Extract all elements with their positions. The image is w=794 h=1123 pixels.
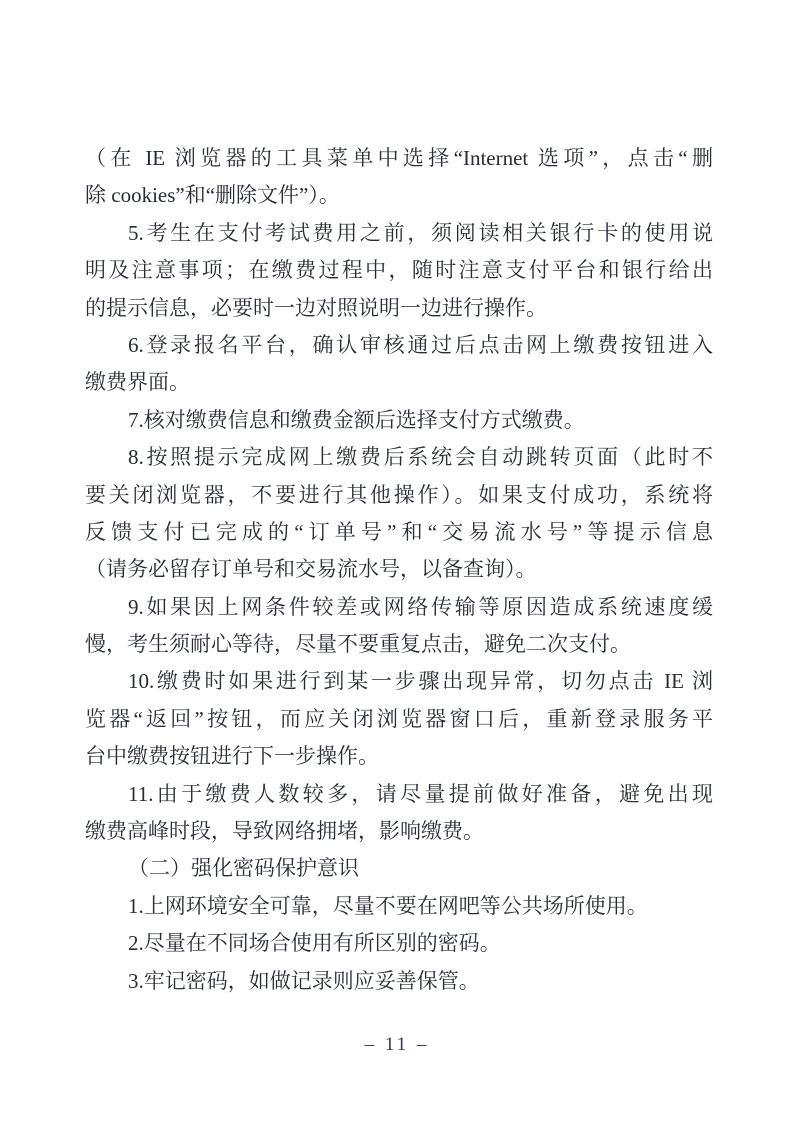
text-line: 除 cookies”和“删除文件”）。 (85, 177, 713, 214)
text-line: 缴费界面。 (85, 364, 713, 401)
text-line: 1.上网环境安全可靠，尽量不要在网吧等公共场所使用。 (85, 888, 713, 925)
text-line: 反馈支付已完成的“订单号”和“交易流水号”等提示信息 (85, 514, 713, 551)
text-line: 台中缴费按钮进行下一步操作。 (85, 738, 713, 775)
text-line: 9.如果因上网条件较差或网络传输等原因造成系统速度缓 (85, 589, 713, 626)
text-line: 8.按照提示完成网上缴费后系统会自动跳转页面（此时不 (85, 439, 713, 476)
text-line: 慢，考生须耐心等待，尽量不要重复点击，避免二次支付。 (85, 626, 713, 663)
text-line: 3.牢记密码，如做记录则应妥善保管。 (85, 963, 713, 1000)
text-line: 5.考生在支付考试费用之前，须阅读相关银行卡的使用说 (85, 215, 713, 252)
text-line: 缴费高峰时段，导致网络拥堵，影响缴费。 (85, 813, 713, 850)
text-line: （请务必留存订单号和交易流水号，以备查询）。 (85, 551, 713, 588)
page-footer: – 11 – (0, 1034, 794, 1056)
text-line: 11.由于缴费人数较多，请尽量提前做好准备，避免出现 (85, 776, 713, 813)
text-line: 10.缴费时如果进行到某一步骤出现异常，切勿点击 IE 浏 (85, 663, 713, 700)
text-line: （在 IE 浏览器的工具菜单中选择“Internet 选项”，点击“删 (85, 140, 713, 177)
text-line: 6.登录报名平台，确认审核通过后点击网上缴费按钮进入 (85, 327, 713, 364)
text-line: （二）强化密码保护意识 (85, 850, 713, 887)
text-line: 的提示信息，必要时一边对照说明一边进行操作。 (85, 290, 713, 327)
page-number: – 11 – (365, 1034, 430, 1055)
text-line: 7.核对缴费信息和缴费金额后选择支付方式缴费。 (85, 402, 713, 439)
text-line: 2.尽量在不同场合使用有所区别的密码。 (85, 925, 713, 962)
text-line: 明及注意事项；在缴费过程中，随时注意支付平台和银行给出 (85, 252, 713, 289)
text-line: 要关闭浏览器，不要进行其他操作）。如果支付成功，系统将 (85, 477, 713, 514)
document-page: （在 IE 浏览器的工具菜单中选择“Internet 选项”，点击“删除 coo… (0, 0, 794, 1123)
document-body: （在 IE 浏览器的工具菜单中选择“Internet 选项”，点击“删除 coo… (85, 140, 713, 1000)
text-line: 览器“返回”按钮，而应关闭浏览器窗口后，重新登录服务平 (85, 701, 713, 738)
